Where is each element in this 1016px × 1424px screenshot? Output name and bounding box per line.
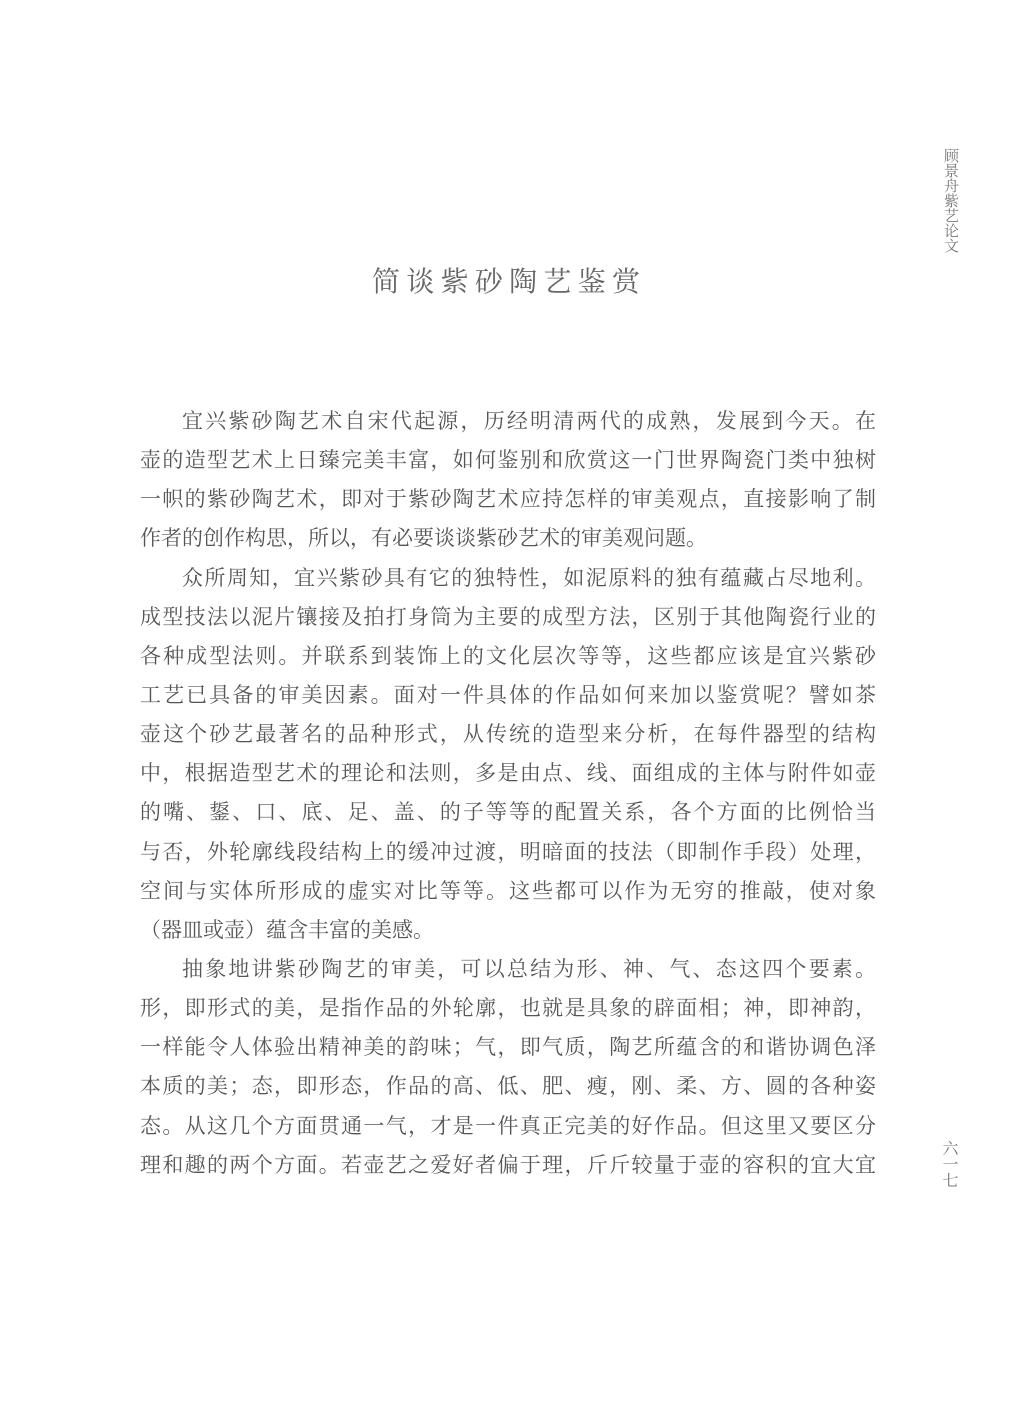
article-title: 简谈紫砂陶艺鉴赏 xyxy=(372,262,640,302)
body-line: 的嘴、鋬、口、底、足、盖、的子等等的配置关系，各个方面的比例恰当 xyxy=(140,793,876,832)
body-line: 态。从这几个方面贯通一气，才是一件真正完美的好作品。但这里又要区分 xyxy=(140,1107,876,1146)
body-line: 形，即形式的美，是指作品的外轮廓，也就是具象的辟面相；神，即神韵， xyxy=(140,989,876,1028)
body-line: 众所周知，宜兴紫砂具有它的独特性，如泥原料的独有蕴藏占尽地利。 xyxy=(140,559,876,598)
body-line: 理和趣的两个方面。若壶艺之爱好者偏于理，斤斤较量于壶的容积的宜大宜 xyxy=(140,1146,876,1185)
body-line: 工艺已具备的审美因素。面对一件具体的作品如何来加以鉴赏呢？譬如茶 xyxy=(140,676,876,715)
body-line: 中，根据造型艺术的理论和法则，多是由点、线、面组成的主体与附件如壶 xyxy=(140,754,876,793)
body-line: 一样能令人体验出精神美的韵味；气，即气质，陶艺所蕴含的和谐协调色泽 xyxy=(140,1028,876,1067)
running-header: 顾景舟紫艺论文 xyxy=(938,148,960,253)
body-line: 抽象地讲紫砂陶艺的审美，可以总结为形、神、气、态这四个要素。 xyxy=(140,950,876,989)
body-line: 壶的造型艺术上日臻完美丰富，如何鉴别和欣赏这一门世界陶瓷门类中独树 xyxy=(140,441,876,480)
body-line: 各种成型法则。并联系到装饰上的文化层次等等，这些都应该是宜兴紫砂 xyxy=(140,637,876,676)
body-line: 宜兴紫砂陶艺术自宋代起源，历经明清两代的成熟，发展到今天。在 xyxy=(140,402,876,441)
body-line: 成型技法以泥片镶接及拍打身筒为主要的成型方法，区别于其他陶瓷行业的 xyxy=(140,598,876,637)
body-line: 与否，外轮廓线段结构上的缓冲过渡，明暗面的技法（即制作手段）处理， xyxy=(140,833,876,872)
article-body: 宜兴紫砂陶艺术自宋代起源，历经明清两代的成熟，发展到今天。在 壶的造型艺术上日臻… xyxy=(140,402,876,1185)
body-line: 一帜的紫砂陶艺术，即对于紫砂陶艺术应持怎样的审美观点，直接影响了制 xyxy=(140,480,876,519)
body-line: 壶这个砂艺最著名的品种形式，从传统的造型来分析，在每件器型的结构 xyxy=(140,715,876,754)
page-number: 六一七 xyxy=(938,1140,962,1188)
body-line: 空间与实体所形成的虚实对比等等。这些都可以作为无穷的推敲，使对象 xyxy=(140,872,876,911)
body-line: （器皿或壶）蕴含丰富的美感。 xyxy=(140,911,876,950)
body-line: 作者的创作构思，所以，有必要谈谈紫砂艺术的审美观问题。 xyxy=(140,519,876,558)
body-line: 本质的美；态，即形态，作品的高、低、肥、瘦，刚、柔、方、圆的各种姿 xyxy=(140,1067,876,1106)
